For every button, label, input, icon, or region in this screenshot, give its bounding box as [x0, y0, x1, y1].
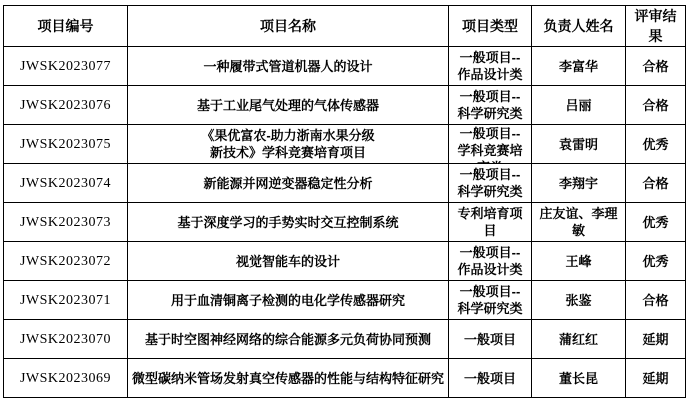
cell-name: 视觉智能车的设计	[128, 242, 449, 281]
cell-text-result: 合格	[628, 58, 683, 75]
table-row: JWSK2023076基于工业尾气处理的气体传感器一般项目-- 科学研究类吕丽合…	[4, 86, 686, 125]
cell-id: JWSK2023076	[4, 86, 128, 125]
cell-text-id: JWSK2023075	[6, 136, 125, 153]
cell-owner: 庄友谊、李理敏	[532, 203, 626, 242]
cell-text-id: JWSK2023070	[6, 331, 125, 348]
cell-text-name: 微型碳纳米管场发射真空传感器的性能与结构特征研究	[130, 370, 446, 387]
cell-text-type: 一般项目-- 科学研究类	[451, 166, 529, 200]
cell-text-type: 一般项目	[451, 370, 529, 387]
cell-result: 延期	[626, 320, 686, 359]
table-row: JWSK2023070基于时空图神经网络的综合能源多元负荷协同预测一般项目蒲红红…	[4, 320, 686, 359]
cell-id: JWSK2023077	[4, 47, 128, 86]
cell-name: 基于时空图神经网络的综合能源多元负荷协同预测	[128, 320, 449, 359]
cell-name: 《果优富农-助力浙南水果分级 新技术》学科竞赛培育项目	[128, 125, 449, 164]
page: 项目编号项目名称项目类型负责人姓名评审结果 JWSK2023077一种履带式管道…	[0, 0, 688, 410]
table-row: JWSK2023077一种履带式管道机器人的设计一般项目-- 作品设计类李富华合…	[4, 47, 686, 86]
cell-text-owner: 张鉴	[534, 292, 623, 309]
cell-text-name: 视觉智能车的设计	[130, 253, 446, 270]
cell-name: 基于工业尾气处理的气体传感器	[128, 86, 449, 125]
project-review-table: 项目编号项目名称项目类型负责人姓名评审结果 JWSK2023077一种履带式管道…	[3, 5, 686, 398]
cell-text-result: 优秀	[628, 214, 683, 231]
cell-type: 一般项目-- 科学研究类	[449, 164, 532, 203]
table-row: JWSK2023071用于血清铜离子检测的电化学传感器研究一般项目-- 科学研究…	[4, 281, 686, 320]
cell-text-owner: 吕丽	[534, 97, 623, 114]
cell-result: 合格	[626, 47, 686, 86]
cell-text-type: 一般项目-- 科学研究类	[451, 88, 529, 122]
cell-result: 合格	[626, 86, 686, 125]
cell-id: JWSK2023069	[4, 359, 128, 398]
cell-text-type: 一般项目-- 科学研究类	[451, 283, 529, 317]
cell-text-result: 合格	[628, 97, 683, 114]
cell-result: 合格	[626, 281, 686, 320]
cell-text-owner: 王峰	[534, 253, 623, 270]
column-header-id: 项目编号	[4, 6, 128, 47]
cell-type: 专利培育项 目	[449, 203, 532, 242]
table-row: JWSK2023075《果优富农-助力浙南水果分级 新技术》学科竞赛培育项目一般…	[4, 125, 686, 164]
cell-type: 一般项目-- 作品设计类	[449, 47, 532, 86]
cell-text-id: JWSK2023077	[6, 58, 125, 75]
cell-name: 用于血清铜离子检测的电化学传感器研究	[128, 281, 449, 320]
cell-owner: 袁雷明	[532, 125, 626, 164]
cell-text-id: JWSK2023071	[6, 292, 125, 309]
cell-text-result: 延期	[628, 370, 683, 387]
cell-text-name: 一种履带式管道机器人的设计	[130, 58, 446, 75]
cell-text-result: 合格	[628, 175, 683, 192]
cell-type: 一般项目-- 科学研究类	[449, 86, 532, 125]
cell-name: 基于深度学习的手势实时交互控制系统	[128, 203, 449, 242]
cell-text-owner: 蒲红红	[534, 331, 623, 348]
cell-type: 一般项目	[449, 320, 532, 359]
column-header-type: 项目类型	[449, 6, 532, 47]
cell-result: 优秀	[626, 125, 686, 164]
cell-result: 延期	[626, 359, 686, 398]
cell-name: 一种履带式管道机器人的设计	[128, 47, 449, 86]
cell-id: JWSK2023073	[4, 203, 128, 242]
column-header-result: 评审结果	[626, 6, 686, 47]
cell-type: 一般项目-- 科学研究类	[449, 281, 532, 320]
cell-text-type: 一般项目-- 学科竞赛培 育类	[451, 125, 529, 163]
table-row: JWSK2023073基于深度学习的手势实时交互控制系统专利培育项 目庄友谊、李…	[4, 203, 686, 242]
cell-type: 一般项目-- 作品设计类	[449, 242, 532, 281]
cell-owner: 张鉴	[532, 281, 626, 320]
cell-text-id: JWSK2023072	[6, 253, 125, 270]
cell-text-result: 优秀	[628, 136, 683, 153]
cell-text-id: JWSK2023074	[6, 175, 125, 192]
cell-type: 一般项目-- 学科竞赛培 育类	[449, 125, 532, 164]
cell-text-owner: 袁雷明	[534, 136, 623, 153]
cell-text-type: 一般项目-- 作品设计类	[451, 244, 529, 278]
table-row: JWSK2023072视觉智能车的设计一般项目-- 作品设计类王峰优秀	[4, 242, 686, 281]
cell-owner: 李翔宇	[532, 164, 626, 203]
cell-text-id: JWSK2023073	[6, 214, 125, 231]
cell-result: 优秀	[626, 203, 686, 242]
cell-result: 合格	[626, 164, 686, 203]
cell-text-name: 基于深度学习的手势实时交互控制系统	[130, 214, 446, 231]
cell-text-result: 优秀	[628, 253, 683, 270]
cell-result: 优秀	[626, 242, 686, 281]
cell-id: JWSK2023072	[4, 242, 128, 281]
cell-text-result: 延期	[628, 331, 683, 348]
cell-text-owner: 董长昆	[534, 370, 623, 387]
cell-id: JWSK2023075	[4, 125, 128, 164]
header-row: 项目编号项目名称项目类型负责人姓名评审结果	[4, 6, 686, 47]
cell-text-id: JWSK2023069	[6, 370, 125, 387]
cell-name: 微型碳纳米管场发射真空传感器的性能与结构特征研究	[128, 359, 449, 398]
cell-name: 新能源并网逆变器稳定性分析	[128, 164, 449, 203]
cell-text-id: JWSK2023076	[6, 97, 125, 114]
cell-owner: 吕丽	[532, 86, 626, 125]
cell-text-name: 《果优富农-助力浙南水果分级 新技术》学科竞赛培育项目	[130, 127, 446, 161]
column-header-owner: 负责人姓名	[532, 6, 626, 47]
cell-text-name: 基于工业尾气处理的气体传感器	[130, 97, 446, 114]
table-row: JWSK2023074新能源并网逆变器稳定性分析一般项目-- 科学研究类李翔宇合…	[4, 164, 686, 203]
cell-owner: 董长昆	[532, 359, 626, 398]
cell-text-name: 基于时空图神经网络的综合能源多元负荷协同预测	[130, 331, 446, 348]
cell-text-name: 新能源并网逆变器稳定性分析	[130, 175, 446, 192]
cell-text-name: 用于血清铜离子检测的电化学传感器研究	[130, 292, 446, 309]
cell-text-type: 一般项目-- 作品设计类	[451, 49, 529, 83]
cell-text-result: 合格	[628, 292, 683, 309]
cell-owner: 蒲红红	[532, 320, 626, 359]
cell-type: 一般项目	[449, 359, 532, 398]
cell-owner: 李富华	[532, 47, 626, 86]
cell-id: JWSK2023074	[4, 164, 128, 203]
cell-text-owner: 李富华	[534, 58, 623, 75]
column-header-name: 项目名称	[128, 6, 449, 47]
table-row: JWSK2023069微型碳纳米管场发射真空传感器的性能与结构特征研究一般项目董…	[4, 359, 686, 398]
cell-id: JWSK2023070	[4, 320, 128, 359]
cell-text-owner: 李翔宇	[534, 175, 623, 192]
cell-text-owner: 庄友谊、李理敏	[534, 205, 623, 239]
cell-text-type: 专利培育项 目	[451, 205, 529, 239]
table-body: JWSK2023077一种履带式管道机器人的设计一般项目-- 作品设计类李富华合…	[4, 47, 686, 398]
cell-text-type: 一般项目	[451, 331, 529, 348]
cell-id: JWSK2023071	[4, 281, 128, 320]
cell-owner: 王峰	[532, 242, 626, 281]
